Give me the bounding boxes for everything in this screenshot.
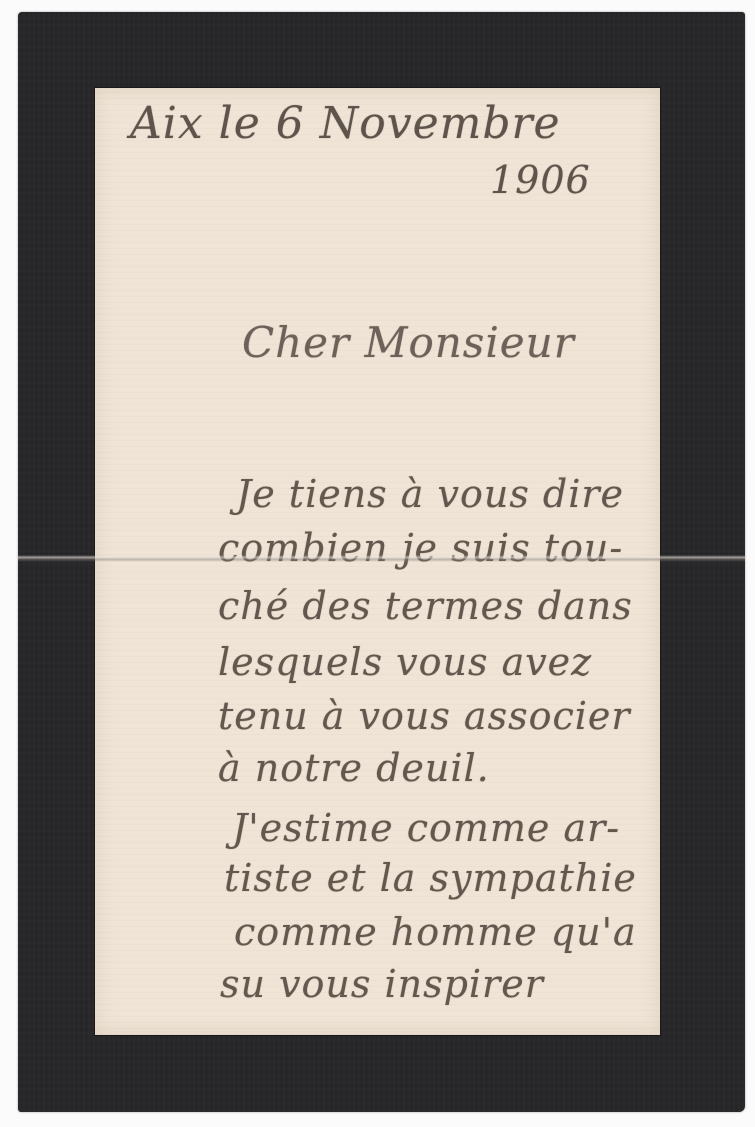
letter-line: ché des termes dans [218, 584, 633, 628]
letter-place-date: Aix le 6 Novembre [130, 98, 561, 149]
letter-line: lesquels vous avez [218, 640, 592, 684]
letter-salutation: Cher Monsieur [242, 318, 575, 367]
letter-year: 1906 [490, 158, 591, 202]
letter-line: tiste et la sympathie [224, 856, 637, 900]
letter-line: comme homme qu'a [234, 910, 637, 954]
fold-crease [18, 555, 745, 562]
letter-line: combien je suis tou- [218, 526, 623, 570]
letter-line: Je tiens à vous dire [236, 472, 624, 516]
letter-line: J'estime comme ar- [232, 806, 620, 850]
letter-line: su vous inspirer [220, 962, 544, 1006]
letter-line: tenu à vous associer [218, 694, 631, 738]
letter-line: à notre deuil. [218, 746, 490, 790]
